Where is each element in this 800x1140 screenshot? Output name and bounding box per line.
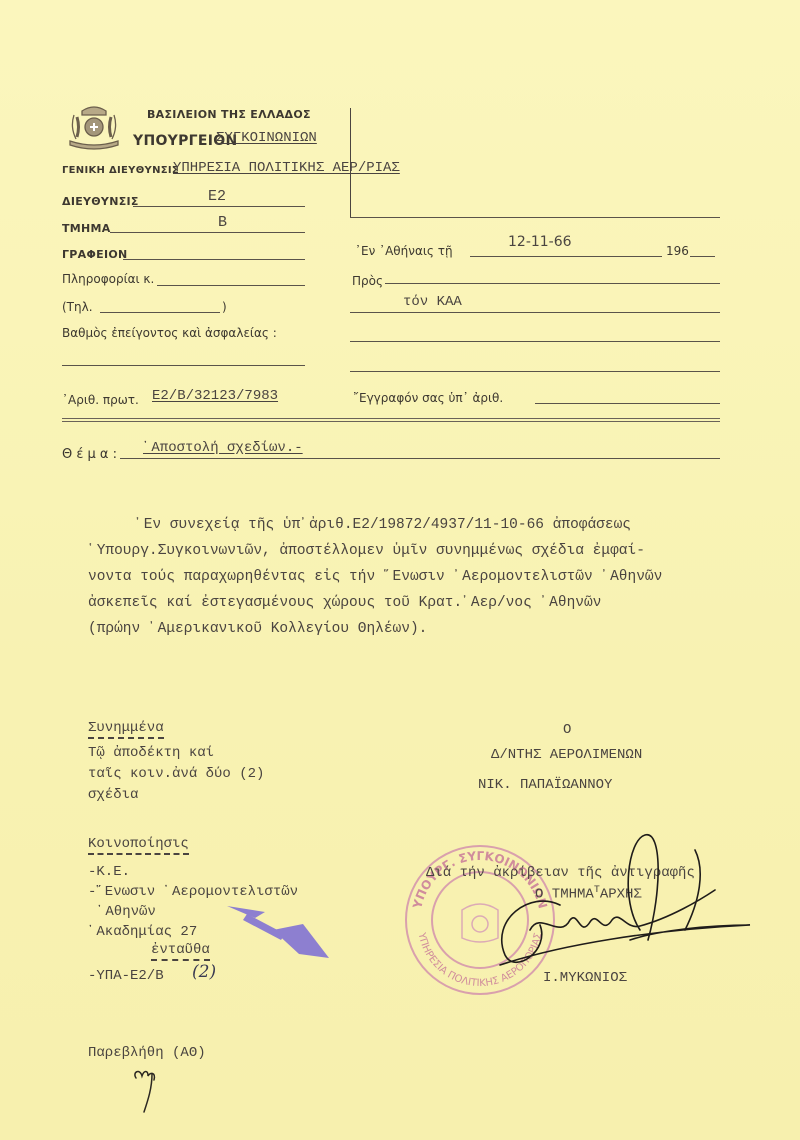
attachments-heading: Συνημμένα [88, 720, 164, 739]
attachments-line-1: Τῷ ἀποδέκτη καί [88, 745, 214, 761]
general-directorate-value: ΥΠΗΡΕΣΙΑ ΠΟΛΙΤΙΚΗΣ ΑΕΡ/ΡΙΑΣ [173, 160, 400, 176]
distribution-heading: Κοινοποίησις [88, 836, 189, 855]
body-line-1: ᾿Εν συνεχείᾳ τῆς ὑπ᾿ἀριθ.Ε2/19872/4937/1… [135, 517, 631, 533]
info-line [157, 285, 305, 286]
year-line [690, 256, 715, 257]
distribution-line-4: ᾿Ακαδημίας 27 [88, 924, 197, 940]
subject-label: Θ έ μ α : [62, 447, 117, 462]
your-doc-line [535, 403, 720, 404]
header-divider [350, 108, 351, 218]
urgency-line [62, 365, 305, 366]
to-label: Πρὸς [352, 274, 383, 288]
your-doc-label: ῎Εγγραφόν σας ὑπ᾿ ἀριθ. [353, 391, 503, 405]
info-label: Πληροφορίαι κ. [62, 272, 154, 286]
protocol-divider [62, 418, 720, 422]
section-label: ΤΜΗΜΑ [62, 222, 111, 235]
protocol-value: Ε2/Β/32123/7983 [152, 388, 278, 404]
subject-value: ᾿Αποστολή σχεδίων.- [143, 440, 303, 456]
date-label: ᾿Εν ᾿Αθήναις τῇ [355, 244, 453, 258]
ministry-value: ΣΥΓΚΟΙΝΩΝΙΩΝ [216, 130, 317, 146]
body-line-4: ἀσκεπεῖς καί ἐστεγασμένους χώρους τοῦ Κρ… [88, 595, 601, 611]
to-line-3 [350, 341, 720, 342]
tel-line [100, 312, 220, 313]
header-rule-right [350, 217, 720, 218]
distribution-line-6: -ΥΠΑ-Ε2/Β [88, 968, 164, 984]
signatory-name: ΝΙΚ. ΠΑΠΑΪΩΑΝΝΟΥ [478, 777, 612, 793]
attachments-line-2: ταῖς κοιν.ἀνά δύο (2) [88, 766, 264, 782]
to-line [385, 283, 720, 284]
attachments-line-3: σχέδια [88, 787, 138, 803]
distribution-line-3: ᾿Αθηνῶν [97, 904, 156, 920]
handwritten-initials [130, 1062, 170, 1117]
directorate-value: Ε2 [208, 188, 226, 205]
signatory-title: Δ/ΝΤΗΣ ΑΕΡΟΛΙΜΕΝΩΝ [491, 747, 642, 763]
certifier-name: Ι.ΜΥΚΩΝΙΟΣ [543, 970, 627, 986]
letter-page: ΒΑΣΙΛΕΙΟΝ ΤΗΣ ΕΛΛΑΔΟΣ ΥΠΟΥΡΓΕΙΟΝ ΣΥΓΚΟΙΝ… [0, 0, 800, 1140]
office-line [123, 259, 305, 260]
signatory-article: Ο [563, 722, 571, 738]
kingdom-heading: ΒΑΣΙΛΕΙΟΝ ΤΗΣ ΕΛΛΑΔΟΣ [147, 108, 311, 121]
collated-note: Παρεβλήθη (ΑΘ) [88, 1045, 206, 1061]
to-value: τόν ΚΑΑ [403, 294, 462, 310]
protocol-label: ᾿Αριθ. πρωτ. [62, 393, 139, 407]
coat-of-arms-icon [64, 103, 124, 151]
body-line-3: νοντα τούς παραχωρηθέντας εἰς τήν ῞Ενωσι… [88, 569, 662, 585]
subject-line [120, 458, 720, 459]
directorate-label: ΔΙΕΥΘΥΝΣΙΣ [62, 195, 139, 208]
tel-label: (Τηλ. [62, 300, 93, 314]
signature [470, 830, 770, 980]
body-line-5: (πρώην ᾿Αμερικανικοῦ Κολλεγίου Θηλέων). [88, 621, 427, 637]
directorate-line [133, 206, 305, 207]
date-value: 12-11-66 [508, 234, 572, 250]
general-directorate-label: ΓΕΝΙΚΗ ΔΙΕΥΘΥΝΣΙΣ [62, 165, 179, 176]
section-line [110, 232, 305, 233]
handwritten-count: (2) [192, 962, 216, 982]
year-label: 196 [666, 244, 689, 258]
to-line-2 [350, 312, 720, 313]
distribution-line-1: -Κ.Ε. [88, 864, 130, 880]
body-line-2: ῾Υπουργ.Συγκοινωνιῶν, ἀποστέλλομεν ὑμῖν … [88, 543, 645, 559]
date-line [470, 256, 662, 257]
section-value: Β [218, 214, 227, 231]
distribution-line-5: ἐνταῦθα [151, 942, 210, 961]
distribution-line-2: -῞Ενωσιν ᾿Αερομοντελιστῶν [88, 884, 298, 900]
tel-close: ) [222, 300, 227, 314]
urgency-label: Βαθμὸς ἐπείγοντος καὶ ἀσφαλείας : [62, 326, 277, 340]
arrow-stamp-icon [225, 900, 335, 965]
to-line-4 [350, 371, 720, 372]
office-label: ΓΡΑΦΕΙΟΝ [62, 248, 128, 261]
